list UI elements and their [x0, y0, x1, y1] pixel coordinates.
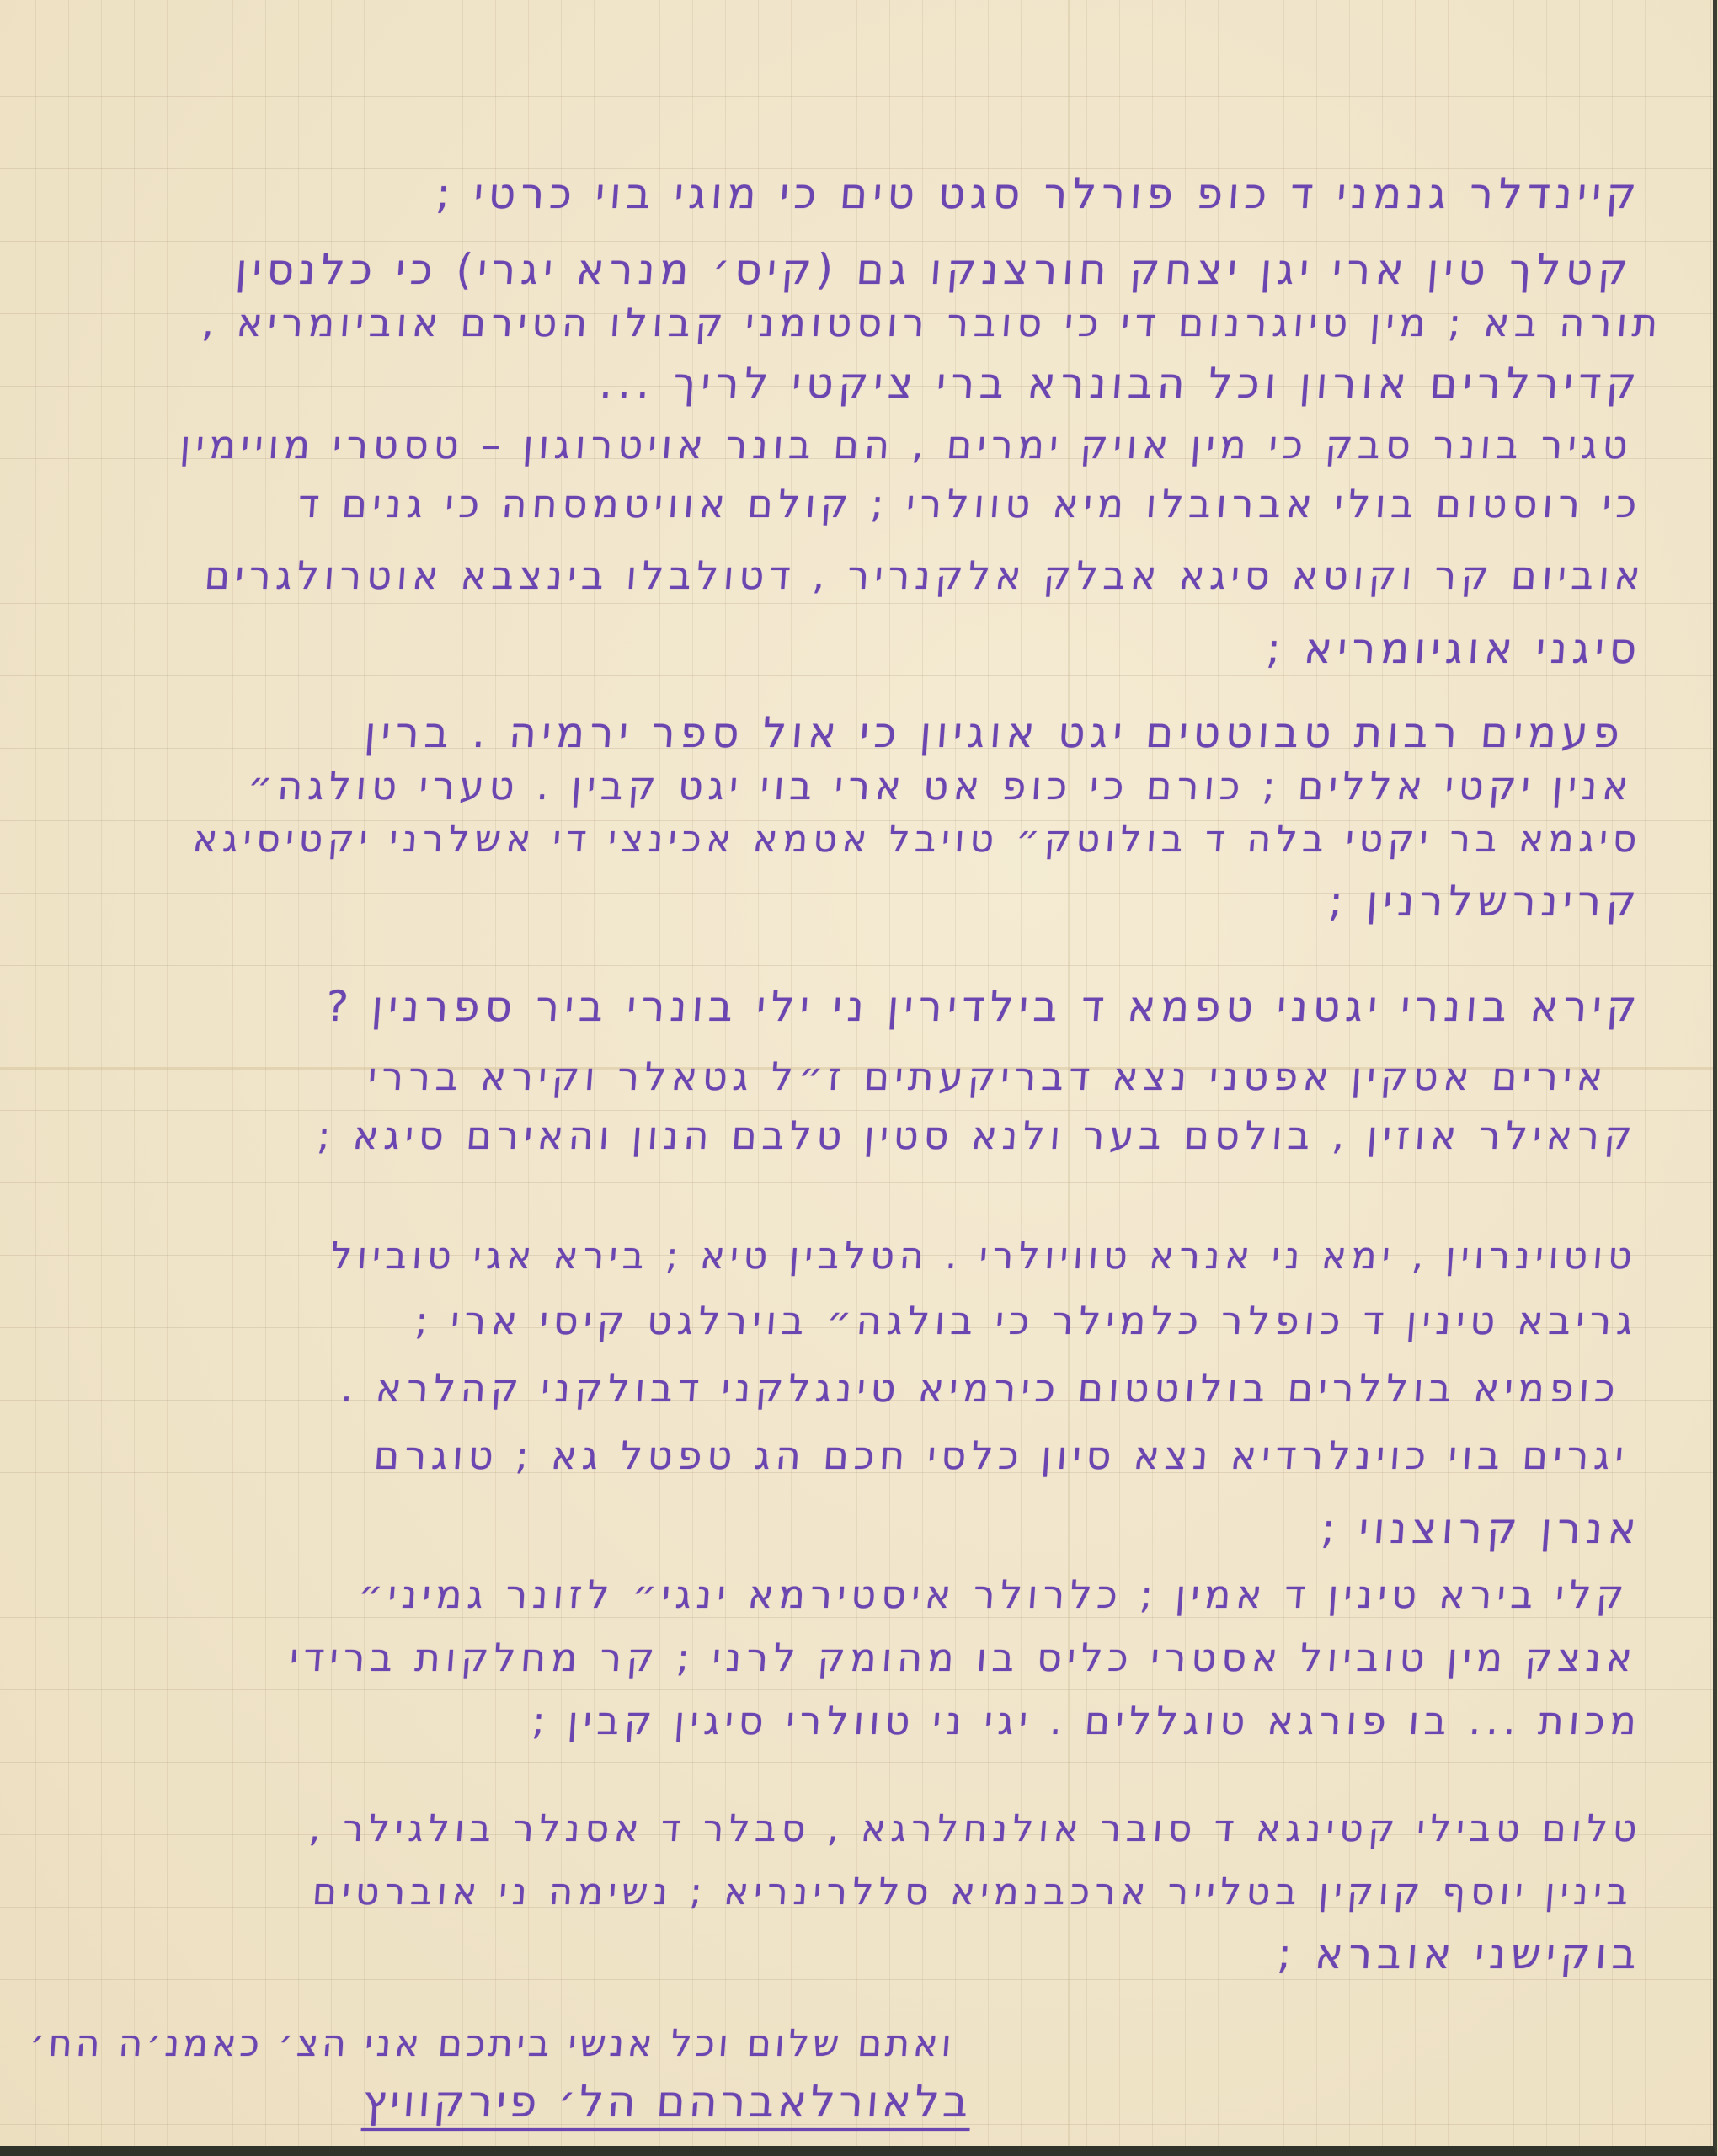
letter-line: טלום טבילי קטינגא ד סובר אולנחלרגא , סבל…: [307, 1811, 1643, 1848]
letter-line: בינין יוסף קוקין בטלייר ארכבנמיא סללרינר…: [311, 1874, 1634, 1911]
letter-line: מכות ... בו פורגא טוגללים . יגי ני טוולר…: [531, 1701, 1642, 1740]
letter-line: כופמיא בוללרים בולוטטום כירמיא טינגלקני …: [340, 1369, 1622, 1407]
letter-line: קראילר אוזין , בולסם בער ולנא סטין טלבם …: [317, 1116, 1639, 1155]
letter-line: קטלך טין ארי יגן יצחק חורצנקו גם (קיס׳ מ…: [234, 248, 1634, 291]
letter-line: גריבא טינין ד כופלר כלמילר כי בולגה״ בוי…: [413, 1301, 1639, 1340]
letter-line: סיגמא בר יקטי בלה ד בולוטק״ טויבל אטמא א…: [191, 821, 1642, 858]
letter-line: סיגני אוגיומריא ;: [1265, 627, 1643, 670]
letter-line: יגרים בוי כוינלרדיא נצא סיון כלסי חכם הג…: [373, 1436, 1630, 1475]
letter-page: קיינדלר גנמני ד כופ פורלר סגט טים כי מוג…: [0, 0, 1717, 2156]
letter-line: קירא בונרי יגטני טפמא ד בילדירין ני ילי …: [324, 985, 1643, 1027]
letter-line: פעמים רבות טבוטטים יגט אוגיון כי אול ספר…: [363, 712, 1625, 754]
letter-line: אנצק מין טוביול אסטרי כליס בו מהומק לרני…: [288, 1638, 1638, 1677]
letter-line: אירים אטקין אפטני נצא דבריקעתים ז״ל גטאל…: [366, 1057, 1609, 1096]
letter-line: אנין יקטי אללים ; כורם כי כופ אט ארי בוי…: [246, 766, 1635, 805]
letter-line: טגיר בונר סבק כי מין אויק ימרים , הם בונ…: [179, 425, 1635, 464]
letter-line: טוטוינרוין , ימא ני אנרא טוויולרי . הטלב…: [330, 1238, 1639, 1275]
letter-line: כי רוסטום בולי אברובלו מיא טוולרי ; קולם…: [296, 484, 1643, 523]
letter-line: קרינרשלרנין ;: [1328, 880, 1643, 922]
signature: בלאורלאברהם הל׳ פירקוויץ: [362, 2080, 974, 2124]
letter-line: קדירלרים אורון וכל הבונרא ברי ציקטי לריך…: [598, 362, 1642, 404]
letter-line: קלי בירא טינין ד אמין ; כלרולר איסטירמא …: [356, 1575, 1630, 1614]
letter-line: אוביום קר וקוטא סיגא אבלק אלקנריר , דטול…: [204, 556, 1647, 595]
letter-line: בוקישני אוברא ;: [1276, 1933, 1643, 1975]
closing-line: ואתם שלום וכל אנשי ביתכם אני הצ׳ כאמנ׳ה …: [29, 2025, 957, 2063]
letter-line: אנרן קרוצנוי ;: [1321, 1508, 1643, 1550]
letter-line: תורה בא ; מין טיוגרנום די כי סובר רוסטומ…: [200, 303, 1664, 342]
letter-line: קיינדלר גנמני ד כופ פורלר סגט טים כי מוג…: [435, 173, 1642, 215]
